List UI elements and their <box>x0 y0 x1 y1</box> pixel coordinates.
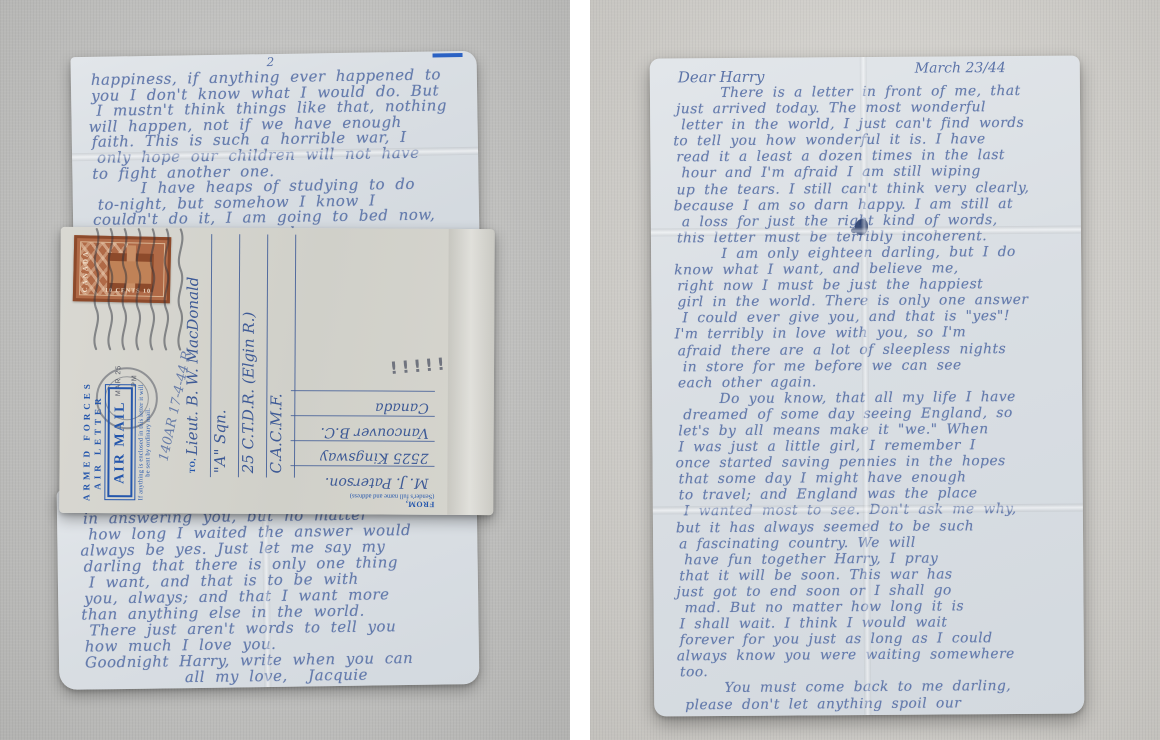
recipient-address: TO,Lieut. B. W. MacDonald "A" Sqn. 25 C.… <box>183 234 300 478</box>
sender-address-line: Canada <box>291 390 435 416</box>
form-fine-print: If anything is enclosed in this letter i… <box>137 383 152 501</box>
handwriting-line: hour and I'm afraid I am still wiping <box>681 163 1029 182</box>
from-sublabel: (Sender's full name and address) <box>290 492 434 500</box>
air-mail-label: AIR MAIL <box>107 387 133 497</box>
salutation: Dear Harry <box>678 68 765 87</box>
tally-marks: !!!!! <box>389 354 449 379</box>
form-title-armed-forces: ARMED FORCES <box>81 383 93 501</box>
letter-page-3: You told me to take lots of timein answe… <box>57 484 480 690</box>
page-number: 2 <box>267 55 275 69</box>
air-letter-envelope: CANADA 10 CENTS 10 MAR 2 <box>59 227 494 515</box>
letter-date: March 23/44 <box>915 60 1006 77</box>
right-photo-panel: Dear Harry March 23/44 There is a letter… <box>590 0 1160 740</box>
handwriting-line: You must come back to me darling, <box>680 678 1033 697</box>
handwriting-line: let's by all means make it "we." When <box>678 421 1031 440</box>
handwriting-line: up the tears. I still can't think very c… <box>677 179 1030 198</box>
handwriting-line: afraid there are a lot of sleepless nigh… <box>678 340 1031 359</box>
sender-address: FROM, (Sender's full name and address) M… <box>290 390 435 509</box>
gutter <box>570 0 590 740</box>
to-label: TO, <box>188 458 197 473</box>
handwriting-line: I am only eighteen darling, but I do <box>677 244 1030 263</box>
letter-page-2: 2 happiness, if anything ever happened t… <box>71 51 480 249</box>
form-title-air-letter: AIR LETTER <box>92 383 104 501</box>
air-letter-form-printing: ARMED FORCES AIR LETTER AIR MAIL If anyt… <box>81 383 166 501</box>
handwriting-block-page1: There is a letter in front of me, thatju… <box>676 83 1033 713</box>
ink-blot <box>855 219 868 235</box>
letter-page-1: Dear Harry March 23/44 There is a letter… <box>650 56 1085 717</box>
handwriting-line: I could ever give you, and that is "yes"… <box>682 308 1030 327</box>
form-edge-mark <box>433 53 463 57</box>
handwriting-line: always know you were waiting somewhere <box>677 646 1033 665</box>
from-label: FROM, <box>290 499 434 509</box>
sender-address-line: 2525 Kingsway <box>291 440 435 466</box>
handwriting-block-page3: You told me to take lots of timein answe… <box>83 490 414 687</box>
sealed-flap-crease <box>447 229 494 515</box>
sender-address-line: Vancouver B.C. <box>291 415 435 441</box>
left-photo-panel: 2 happiness, if anything ever happened t… <box>0 0 570 740</box>
sender-address-line: M. J. Paterson. <box>290 465 434 491</box>
recipient-address-line: 25 C.T.D.R. (Elgin R.) <box>239 234 268 477</box>
handwriting-line: all my love, Jacquie <box>82 666 413 687</box>
handwriting-line: I wanted most to see. Don't ask me why, <box>684 501 1032 520</box>
handwriting-line: please don't let anything spoil our <box>685 694 1033 713</box>
recipient-address-line: "A" Sqn. <box>211 234 240 477</box>
handwriting-block-page2: happiness, if anything ever happened toy… <box>91 67 449 244</box>
handwriting-line: once started saving pennies in the hopes <box>675 453 1031 472</box>
photo-collage: 2 happiness, if anything ever happened t… <box>0 0 1160 740</box>
